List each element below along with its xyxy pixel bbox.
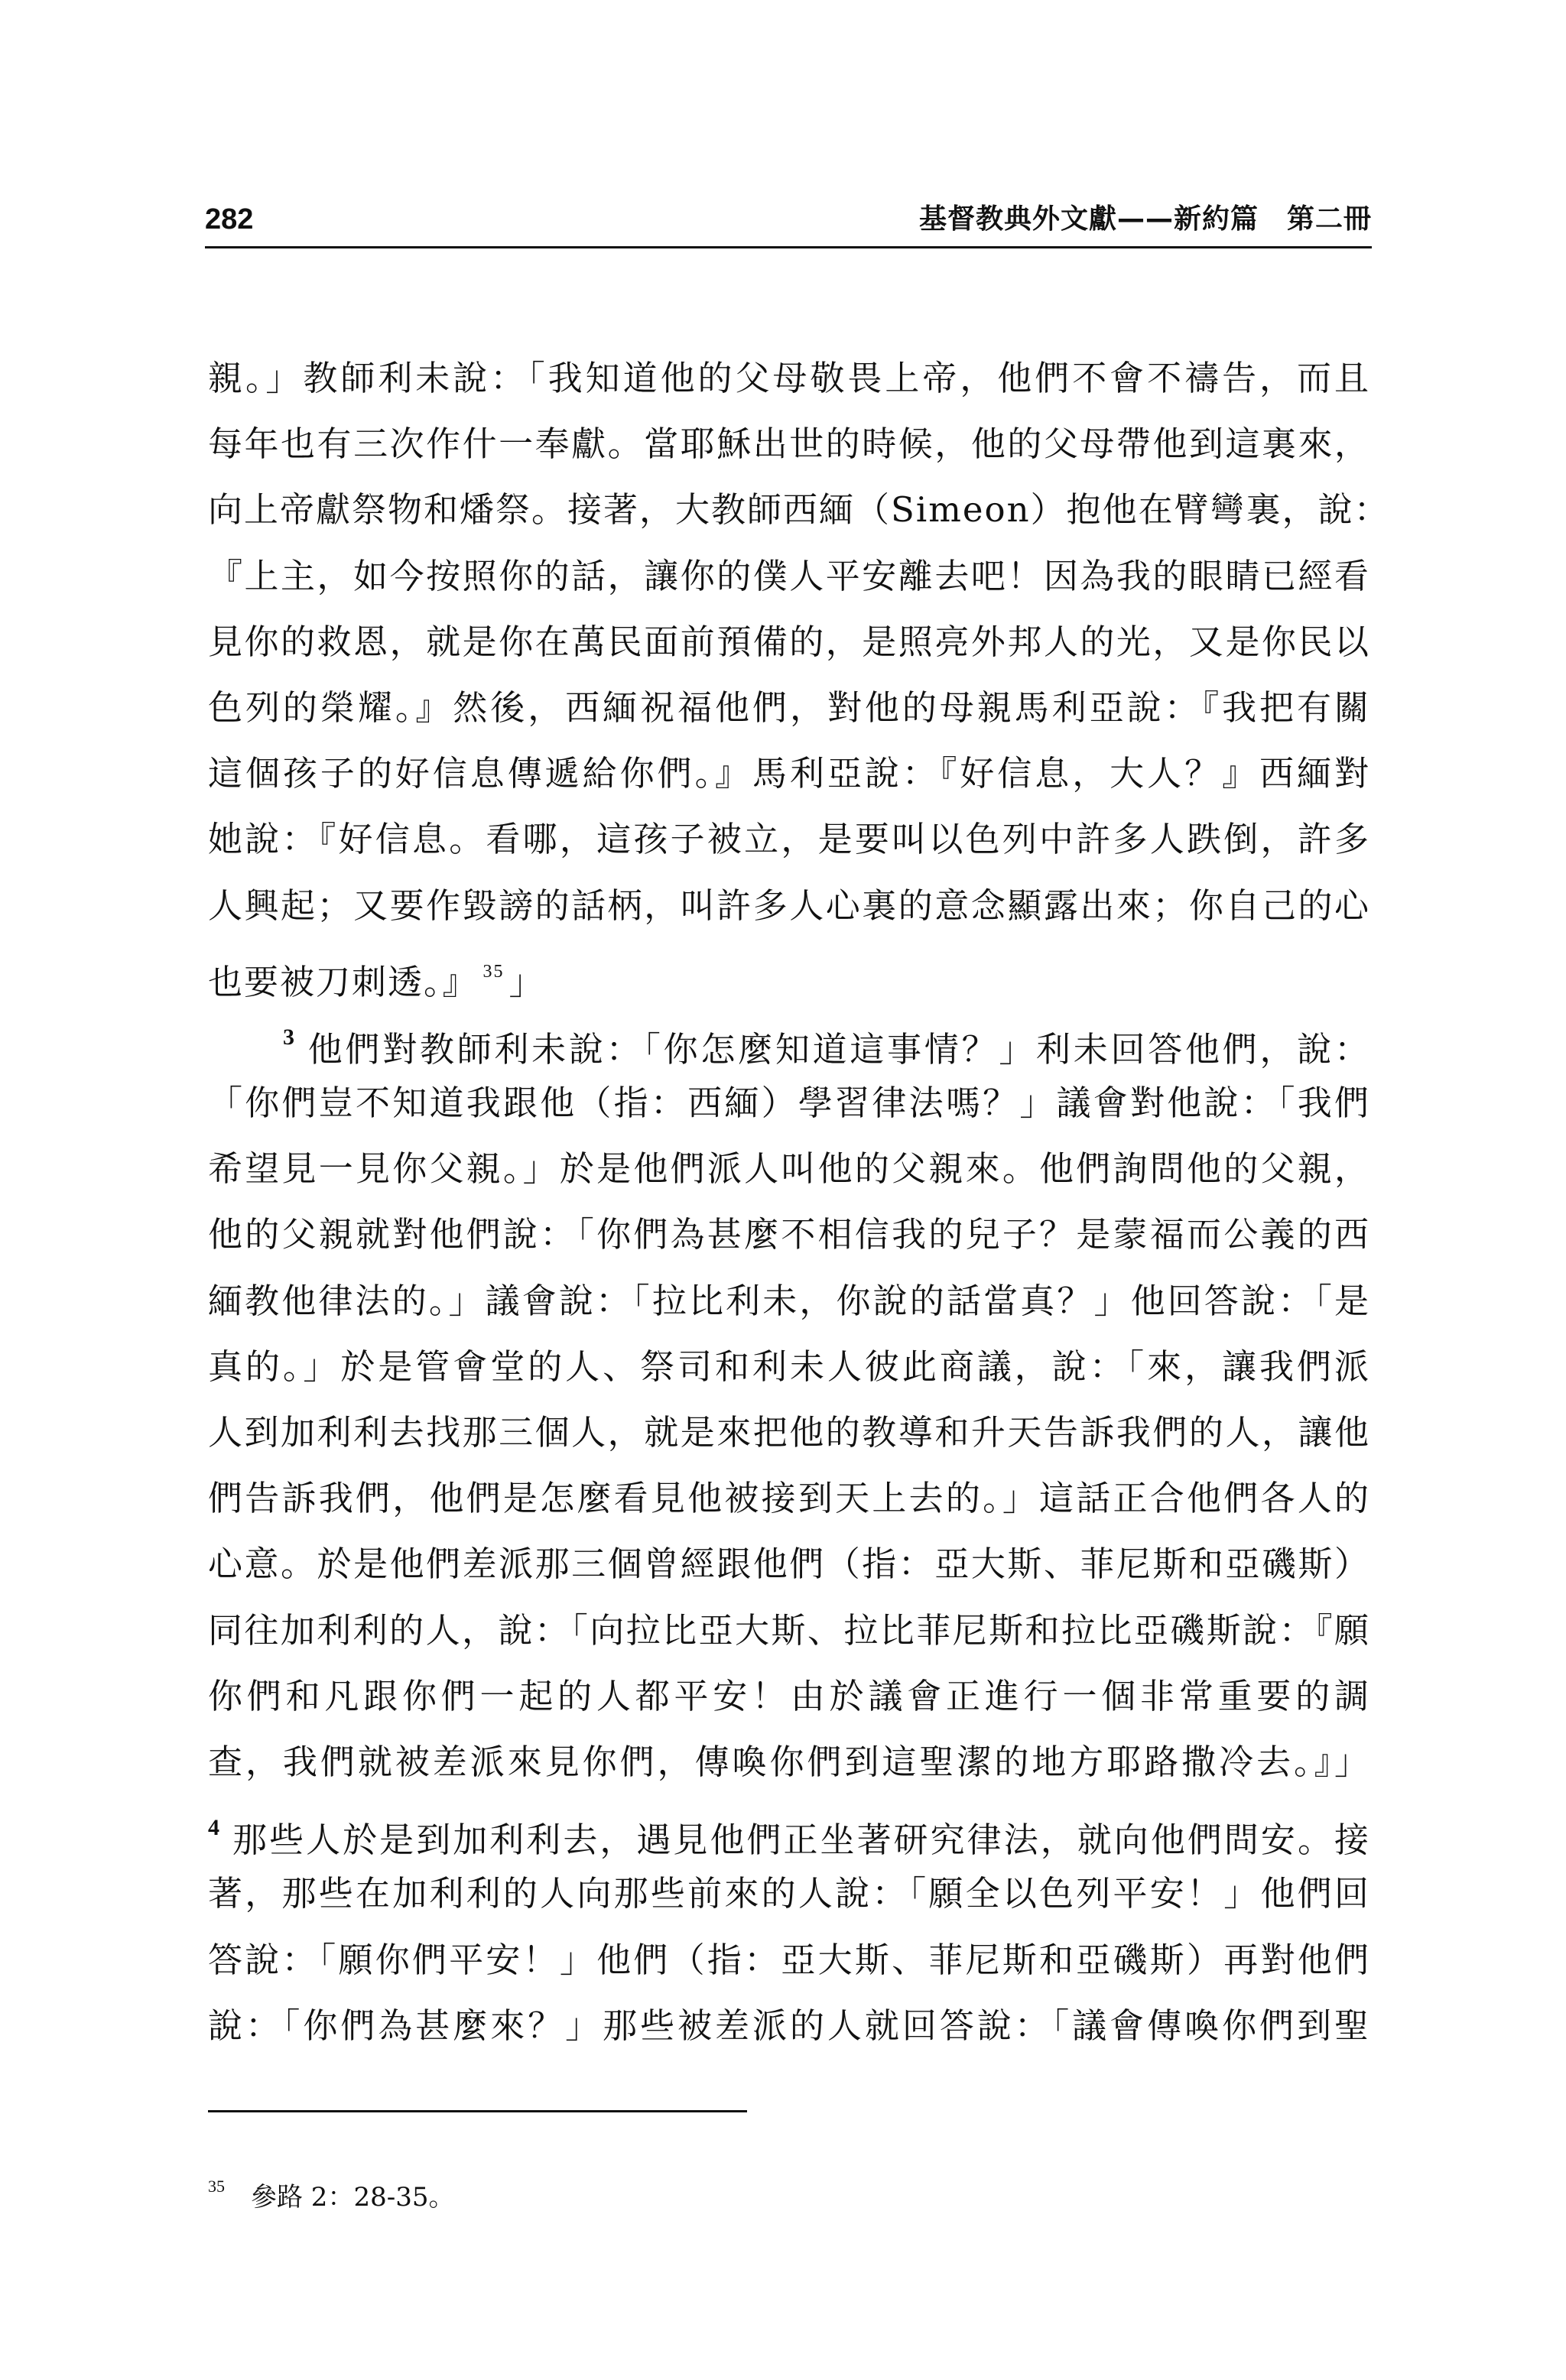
text-line: 色列的榮耀。』然後，西緬祝福他們，對他的母親馬利亞說：『我把有關 xyxy=(208,675,1370,741)
text-line: 她說：『好信息。看哪，這孩子被立，是要叫以色列中許多人跌倒，許多 xyxy=(208,807,1370,872)
text-line: 4那些人於是到加利利去，遇見他們正坐著研究律法，就向他們問安。接 xyxy=(208,1795,1370,1861)
text-line-content: 那些人於是到加利利去，遇見他們正坐著研究律法，就向他們問安。接 xyxy=(232,1820,1370,1860)
text-line: 他的父親就對他們說：「你們為甚麼不相信我的兒子？是蒙福而公義的西 xyxy=(208,1202,1370,1268)
footnote: 35參路 2：28-35。 xyxy=(208,2164,454,2220)
text-line: 查，我們就被差派來見你們，傳喚你們到這聖潔的地方耶路撒冷去。』」 xyxy=(208,1729,1370,1795)
text-line-content: 也要被刀刺透。』 xyxy=(208,962,479,1002)
text-line: 也要被刀刺透。』35」 xyxy=(208,939,1370,1005)
text-line: 每年也有三次作什一奉獻。當耶穌出世的時候，他的父母帶他到這裏來， xyxy=(208,411,1370,477)
verse-number: 3 xyxy=(283,1024,296,1050)
text-line: 說：「你們為甚麼來？」那些被差派的人就回答說：「議會傳喚你們到聖 xyxy=(208,1993,1370,2059)
text-line: 你們和凡跟你們一起的人都平安！由於議會正進行一個非常重要的調 xyxy=(208,1664,1370,1729)
text-line: 向上帝獻祭物和燔祭。接著，大教師西緬（Simeon）抱他在臂彎裏，說： xyxy=(208,477,1370,543)
text-line: 希望見一見你父親。」於是他們派人叫他的父親來。他們詢問他的父親， xyxy=(208,1136,1370,1202)
text-line: 見你的救恩，就是你在萬民面前預備的，是照亮外邦人的光，又是你民以 xyxy=(208,609,1370,675)
text-line: 答說：「願你們平安！」他們（指：亞大斯、菲尼斯和亞磯斯）再對他們 xyxy=(208,1927,1370,1993)
footnote-rule xyxy=(208,2110,747,2112)
verse-number: 4 xyxy=(208,1815,221,1840)
page-header: 282 基督教典外文獻——新約篇 第二冊 xyxy=(205,200,1372,239)
page-number: 282 xyxy=(205,200,253,239)
footnote-reference[interactable]: 35 xyxy=(483,962,505,982)
text-line: 緬教他律法的。」議會說：「拉比利未，你說的話當真？」他回答說：「是 xyxy=(208,1268,1370,1334)
text-line: 3他們對教師利未說：「你怎麼知道這事情？」利未回答他們，說： xyxy=(208,1005,1370,1070)
text-line: 真的。」於是管會堂的人、祭司和利未人彼此商議，說：「來，讓我們派 xyxy=(208,1334,1370,1400)
text-line: 們告訴我們，他們是怎麼看見他被接到天上去的。」這話正合他們各人的 xyxy=(208,1466,1370,1531)
body-text: 親。」教師利未說：「我知道他的父母敬畏上帝，他們不會不禱告，而且 每年也有三次作… xyxy=(208,346,1370,2059)
text-line-content: 他們對教師利未說：「你怎麼知道這事情？」利未回答他們，說： xyxy=(307,1029,1370,1070)
text-line: 著，那些在加利利的人向那些前來的人說：「願全以色列平安！」他們回 xyxy=(208,1861,1370,1927)
footnote-text: 參路 2：28-35。 xyxy=(251,2182,454,2213)
text-line: 「你們豈不知道我跟他（指：西緬）學習律法嗎？」議會對他說：「我們 xyxy=(208,1070,1370,1136)
footnote-number: 35 xyxy=(208,2177,225,2196)
text-line: 同往加利利的人，說：「向拉比亞大斯、拉比菲尼斯和拉比亞磯斯說：『願 xyxy=(208,1598,1370,1664)
text-line: 心意。於是他們差派那三個曾經跟他們（指：亞大斯、菲尼斯和亞磯斯） xyxy=(208,1531,1370,1597)
text-line: 人到加利利去找那三個人，就是來把他的教導和升天告訴我們的人，讓他 xyxy=(208,1400,1370,1466)
running-title: 基督教典外文獻——新約篇 第二冊 xyxy=(919,200,1372,239)
text-line: 親。」教師利未說：「我知道他的父母敬畏上帝，他們不會不禱告，而且 xyxy=(208,346,1370,411)
closing-quote: 」 xyxy=(509,962,545,1002)
header-rule xyxy=(205,246,1372,248)
text-line: 這個孩子的好信息傳遞給你們。』馬利亞說：『好信息，大人？』西緬對 xyxy=(208,741,1370,807)
text-line: 人興起；又要作毀謗的話柄，叫許多人心裏的意念顯露出來；你自己的心 xyxy=(208,873,1370,939)
text-line: 『上主，如今按照你的話，讓你的僕人平安離去吧！因為我的眼睛已經看 xyxy=(208,544,1370,609)
